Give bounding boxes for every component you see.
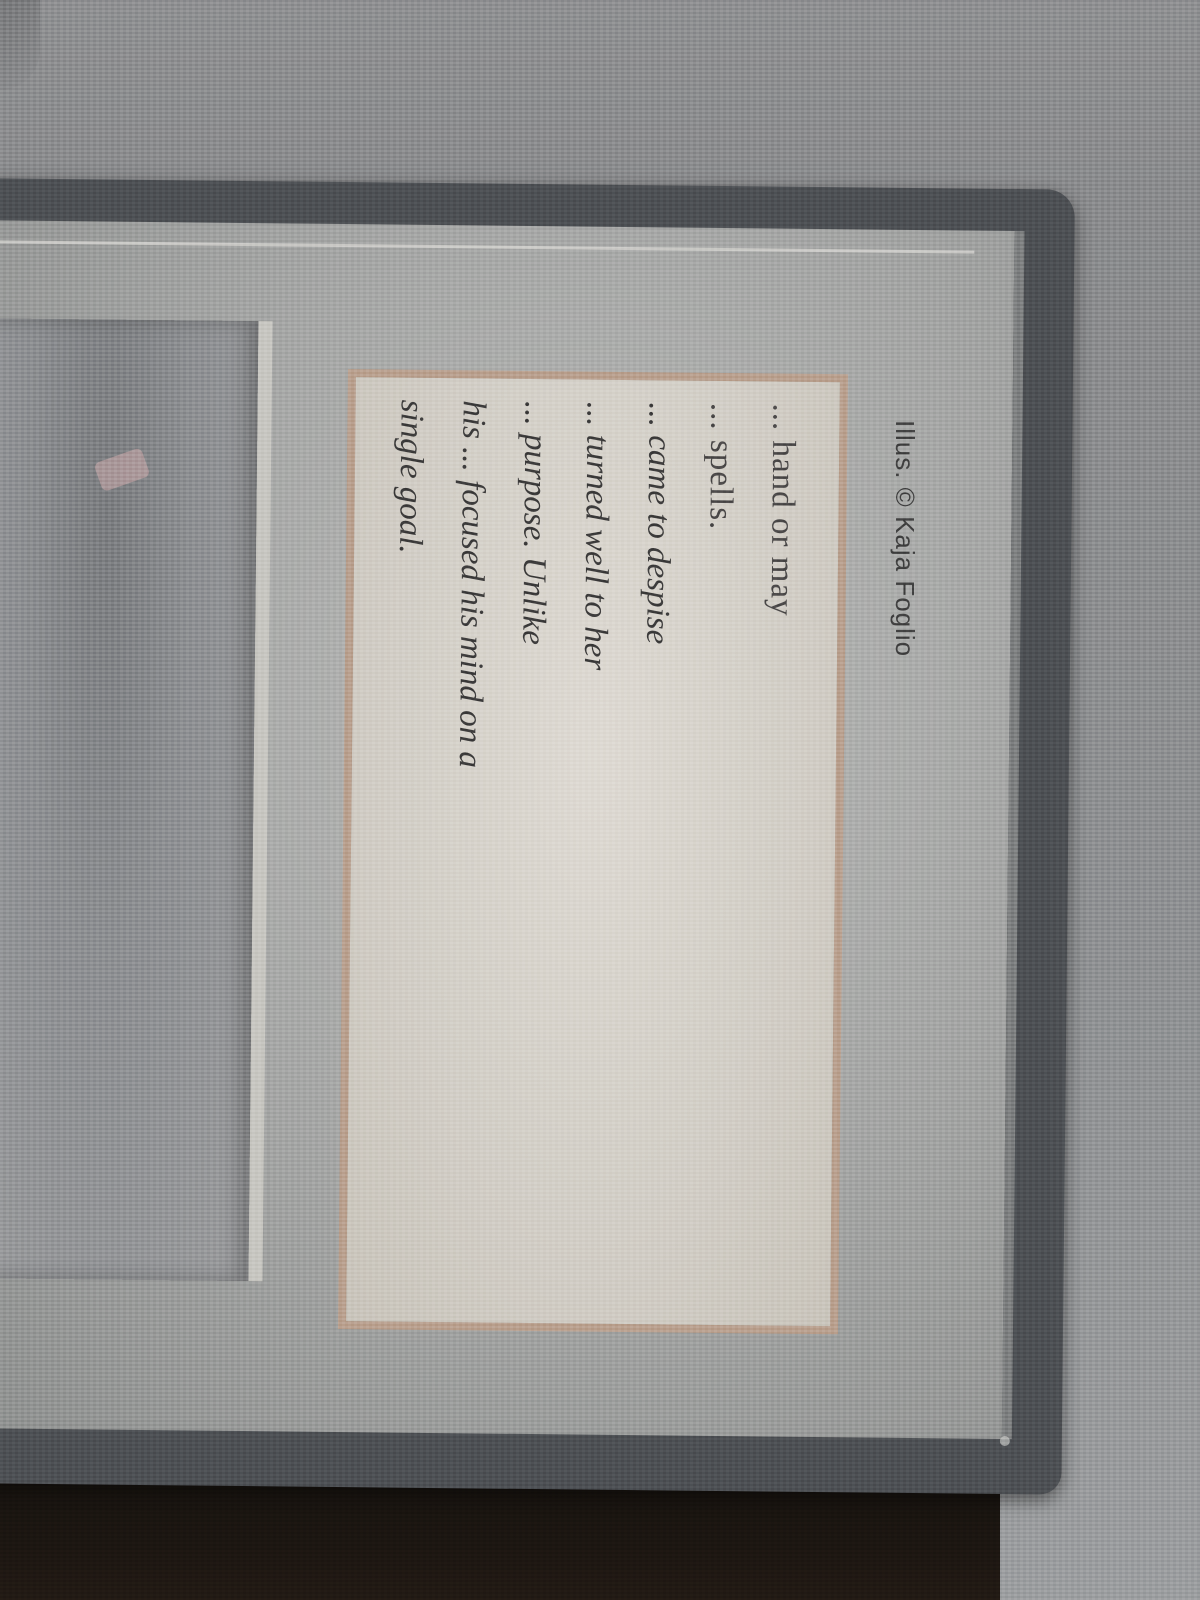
flavor-text-line: his ... focused his mind on a — [433, 400, 504, 1301]
text-line: ... hand or may — [743, 403, 814, 1304]
card-text-box: ... hand or may ... spells. ... came to … — [338, 369, 848, 1334]
corner-wear — [1000, 1436, 1010, 1446]
flavor-text-line: single goal. — [371, 399, 442, 1300]
art-pink-detail — [93, 447, 150, 492]
flavor-text-line: ... purpose. Unlike — [495, 401, 566, 1302]
card-art-area — [0, 318, 273, 1281]
card-rules-and-flavor-text: ... hand or may ... spells. ... came to … — [371, 399, 814, 1303]
flavor-text-line: ... turned well to her — [557, 401, 628, 1302]
card-frame: ... hand or may ... spells. ... came to … — [0, 220, 1025, 1439]
frame-highlight-line — [0, 240, 974, 254]
flavor-text-line: ... came to despise — [619, 402, 690, 1303]
illustrator-credit: Illus. © Kaja Foglio — [889, 420, 920, 940]
text-line: ... spells. — [681, 403, 752, 1304]
